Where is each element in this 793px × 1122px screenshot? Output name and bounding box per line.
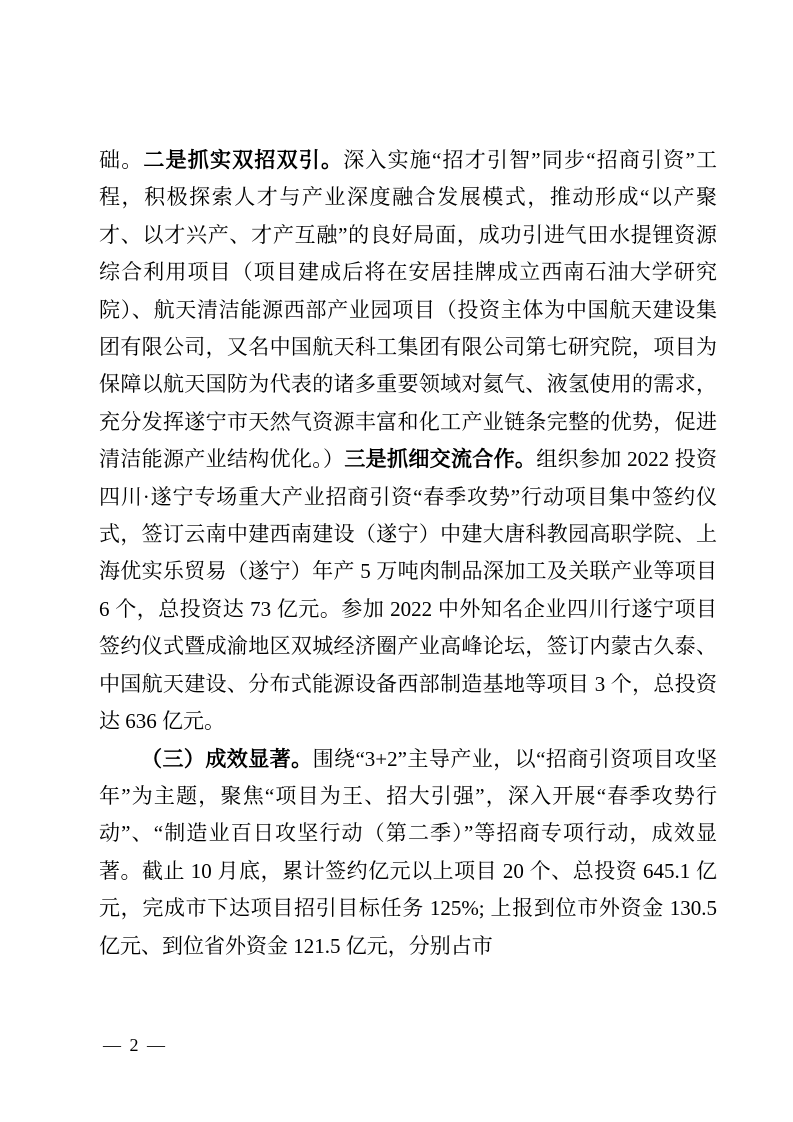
document-page: 础。二是抓实双招双引。深入实施“招才引智”同步“招商引资”工程，积极探索人才与产… (0, 0, 793, 1122)
paragraph-continuation: 础。二是抓实双招双引。深入实施“招才引智”同步“招商引资”工程，积极探索人才与产… (99, 142, 717, 741)
text-run-bold-heading-3: 三是抓细交流合作。 (344, 448, 536, 471)
document-body: 础。二是抓实双招双引。深入实施“招才引智”同步“招商引资”工程，积极探索人才与产… (99, 142, 717, 965)
text-run: 围绕“3+2”主导产业，以“招商引资项目攻坚年”为主题，聚焦“项目为王、招大引强… (99, 747, 717, 958)
page-number: — 2 — (103, 1033, 167, 1057)
paragraph-section-3: （三）成效显著。围绕“3+2”主导产业，以“招商引资项目攻坚年”为主题，聚焦“项… (99, 741, 717, 965)
text-run: 组织参加 2022 投资四川·遂宁专场重大产业招商引资“春季攻势”行动项目集中签… (99, 447, 717, 733)
text-run: 深入实施“招才引智”同步“招商引资”工程，积极探索人才与产业深度融合发展模式，推… (99, 148, 717, 471)
text-run: 础。 (99, 148, 143, 172)
text-run-bold-heading-2: 二是抓实双招双引。 (143, 149, 343, 172)
text-run-bold-section-heading: （三）成效显著。 (141, 748, 313, 771)
